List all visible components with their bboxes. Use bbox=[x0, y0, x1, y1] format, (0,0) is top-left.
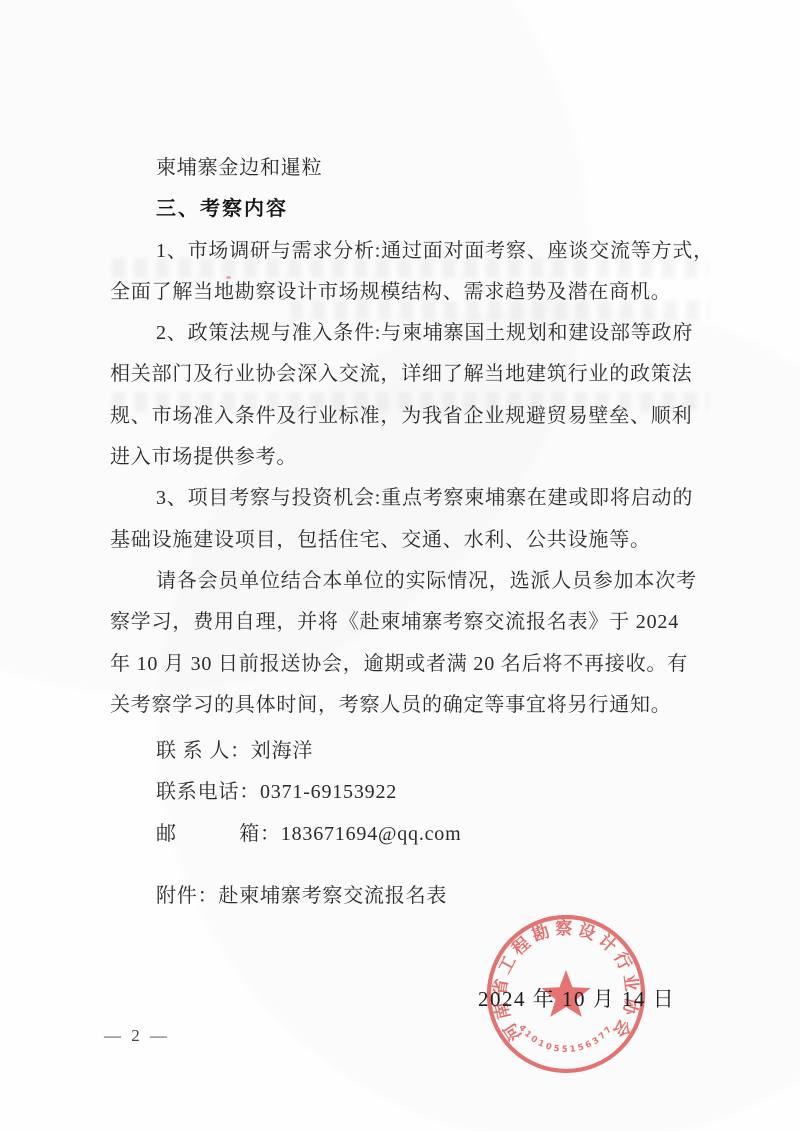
body-line: 进入市场提供参考。 bbox=[110, 437, 714, 478]
body-line: 1、市场调研与需求分析:通过面对面考察、座谈交流等方式， bbox=[110, 231, 714, 272]
body-line: 相关部门及行业协会深入交流，详细了解当地建筑行业的政策法 bbox=[110, 354, 714, 395]
svg-text:4101055156377: 4101055156377 bbox=[516, 1023, 616, 1055]
seal-code-text: 4101055156377 bbox=[516, 1023, 616, 1055]
section-heading: 三、考察内容 bbox=[110, 189, 714, 230]
body-line: 年 10 月 30 日前报送协会，逾期或者满 20 名后将不再接收。有 bbox=[110, 644, 714, 685]
body-line: 请各会员单位结合本单位的实际情况，选派人员参加本次考 bbox=[110, 561, 714, 602]
contact-phone-line: 联系电话：0371-69153922 bbox=[110, 772, 714, 813]
body-line: 关考察学习的具体时间，考察人员的确定等事宜将另行通知。 bbox=[110, 685, 714, 726]
body-line: 规、市场准入条件及行业标准，为我省企业规避贸易壁垒、顺利 bbox=[110, 396, 714, 437]
contact-person-line: 联 系 人：刘海洋 bbox=[110, 731, 714, 772]
body-line: 基础设施建设项目，包括住宅、交通、水利、公共设施等。 bbox=[110, 520, 714, 561]
body-line: 3、项目考察与投资机会:重点考察柬埔寨在建或即将启动的 bbox=[110, 478, 714, 519]
issue-date: 2024 年 10 月 14 日 bbox=[478, 983, 675, 1013]
contact-email-line: 邮 箱：183671694@qq.com bbox=[110, 814, 714, 855]
body-line: 2、政策法规与准入条件:与柬埔寨国土规划和建设部等政府 bbox=[110, 313, 714, 354]
body-line: 全面了解当地勘察设计市场规模结构、需求趋势及潜在商机。 bbox=[110, 272, 714, 313]
body-line: 察学习，费用自理，并将《赴柬埔寨考察交流报名表》于 2024 bbox=[110, 602, 714, 643]
body-line-continuation: 柬埔寨金边和暹粒 bbox=[110, 148, 714, 189]
document-body: 柬埔寨金边和暹粒 三、考察内容 1、市场调研与需求分析:通过面对面考察、座谈交流… bbox=[110, 148, 714, 917]
page-number: — 2 — bbox=[104, 1026, 170, 1046]
